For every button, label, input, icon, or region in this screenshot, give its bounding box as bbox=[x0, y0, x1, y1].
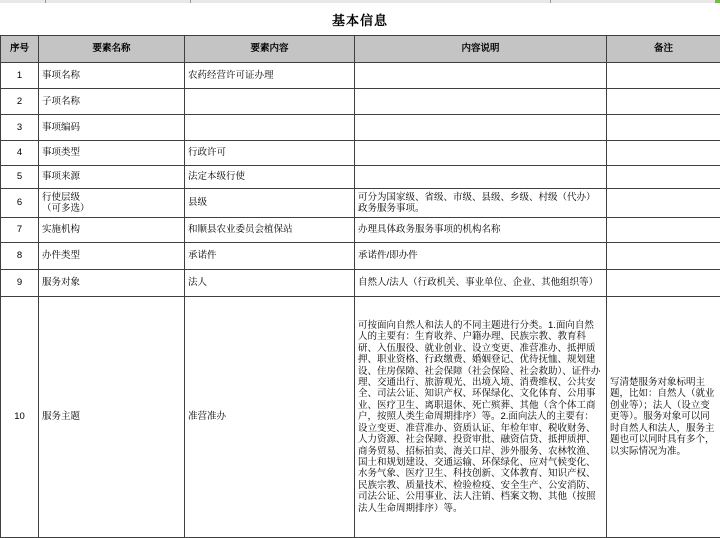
row-number-cell: 7 bbox=[1, 218, 39, 243]
content-description-cell: 可分为国家级、省级、市级、县级、乡级、村级（代办）政务服务事项。 bbox=[355, 189, 607, 218]
element-content-cell bbox=[185, 89, 355, 115]
remark-cell bbox=[607, 243, 720, 270]
element-name-cell: 事项来源 bbox=[39, 166, 185, 189]
element-content-cell: 法人 bbox=[185, 270, 355, 297]
row-number-cell: 2 bbox=[1, 89, 39, 115]
row-number-cell: 4 bbox=[1, 141, 39, 166]
element-content-cell bbox=[185, 115, 355, 141]
row-number-cell: 5 bbox=[1, 166, 39, 189]
remark-cell bbox=[607, 218, 720, 243]
table-row: 1 事项名称 农药经营许可证办理 bbox=[1, 63, 720, 89]
table-row: 6 行使层级 （可多选） 县级 可分为国家级、省级、市级、县级、乡级、村级（代办… bbox=[1, 189, 720, 218]
page-title: 基本信息 bbox=[332, 10, 388, 29]
element-name-cell: 服务对象 bbox=[39, 270, 185, 297]
gridline-tick bbox=[550, 0, 551, 3]
table-row: 4 事项类型 行政许可 bbox=[1, 141, 720, 166]
remark-cell bbox=[607, 141, 720, 166]
element-content-cell: 准营准办 bbox=[185, 297, 355, 538]
element-content-cell: 法定本级行使 bbox=[185, 166, 355, 189]
content-description-cell bbox=[355, 63, 607, 89]
element-content-cell: 和顺县农业委员会植保站 bbox=[185, 218, 355, 243]
element-content-cell: 承诺件 bbox=[185, 243, 355, 270]
row-number-cell: 6 bbox=[1, 189, 39, 218]
table-row: 9 服务对象 法人 自然人/法人（行政机关、事业单位、企业、其他组织等） bbox=[1, 270, 720, 297]
element-name-cell: 办件类型 bbox=[39, 243, 185, 270]
element-name-cell: 事项名称 bbox=[39, 63, 185, 89]
remark-cell bbox=[607, 89, 720, 115]
element-name-cell: 事项类型 bbox=[39, 141, 185, 166]
table-row: 5 事项来源 法定本级行使 bbox=[1, 166, 720, 189]
remark-cell bbox=[607, 115, 720, 141]
column-header-remark: 备注 bbox=[607, 36, 720, 63]
remark-cell bbox=[607, 63, 720, 89]
element-name-cell: 子项名称 bbox=[39, 89, 185, 115]
cropped-row-sliver bbox=[0, 0, 720, 3]
element-content-cell: 行政许可 bbox=[185, 141, 355, 166]
row-number-cell: 10 bbox=[1, 297, 39, 538]
remark-cell bbox=[607, 189, 720, 218]
element-name-cell: 事项编码 bbox=[39, 115, 185, 141]
row-number-cell: 3 bbox=[1, 115, 39, 141]
column-header-description: 内容说明 bbox=[355, 36, 607, 63]
table-row: 3 事项编码 bbox=[1, 115, 720, 141]
content-description-cell bbox=[355, 89, 607, 115]
element-name-cell: 服务主题 bbox=[39, 297, 185, 538]
remark-cell: 写清楚服务对象标明主题，比如：自然人（就业创业等）；法人（设立变更等）。服务对象… bbox=[607, 297, 720, 538]
header-row: 序号 要素名称 要素内容 内容说明 备注 bbox=[1, 36, 720, 63]
basic-info-table: 序号 要素名称 要素内容 内容说明 备注 1 事项名称 农药经营许可证办理 2 … bbox=[0, 35, 720, 538]
gridline-tick bbox=[190, 0, 191, 3]
content-description-cell: 自然人/法人（行政机关、事业单位、企业、其他组织等） bbox=[355, 270, 607, 297]
element-name-cell: 行使层级 （可多选） bbox=[39, 189, 185, 218]
remark-cell bbox=[607, 166, 720, 189]
element-content-cell: 县级 bbox=[185, 189, 355, 218]
row-number-cell: 9 bbox=[1, 270, 39, 297]
row-number-cell: 1 bbox=[1, 63, 39, 89]
column-header-name: 要素名称 bbox=[39, 36, 185, 63]
title-bar: 基本信息 bbox=[0, 3, 720, 35]
element-content-cell: 农药经营许可证办理 bbox=[185, 63, 355, 89]
basic-info-sheet: 基本信息 序号 要素名称 要素内容 内容说明 备注 1 事项名称 农药经营许可证… bbox=[0, 0, 720, 538]
element-name-cell: 实施机构 bbox=[39, 218, 185, 243]
selection-corner-marker bbox=[715, 0, 720, 3]
content-description-cell: 办理具体政务服务事项的机构名称 bbox=[355, 218, 607, 243]
column-header-no: 序号 bbox=[1, 36, 39, 63]
table-row: 7 实施机构 和顺县农业委员会植保站 办理具体政务服务事项的机构名称 bbox=[1, 218, 720, 243]
table-row: 10 服务主题 准营准办 可按面向自然人和法人的不同主题进行分类。1.面向自然人… bbox=[1, 297, 720, 538]
table-row: 2 子项名称 bbox=[1, 89, 720, 115]
content-description-cell bbox=[355, 166, 607, 189]
row-number-cell: 8 bbox=[1, 243, 39, 270]
content-description-cell: 承诺件/即办件 bbox=[355, 243, 607, 270]
content-description-cell bbox=[355, 141, 607, 166]
remark-cell bbox=[607, 270, 720, 297]
gridline-tick bbox=[45, 0, 46, 3]
content-description-cell bbox=[355, 115, 607, 141]
content-description-cell: 可按面向自然人和法人的不同主题进行分类。1.面向自然人的主要有：生育收养、户籍办… bbox=[355, 297, 607, 538]
table-row: 8 办件类型 承诺件 承诺件/即办件 bbox=[1, 243, 720, 270]
column-header-content: 要素内容 bbox=[185, 36, 355, 63]
